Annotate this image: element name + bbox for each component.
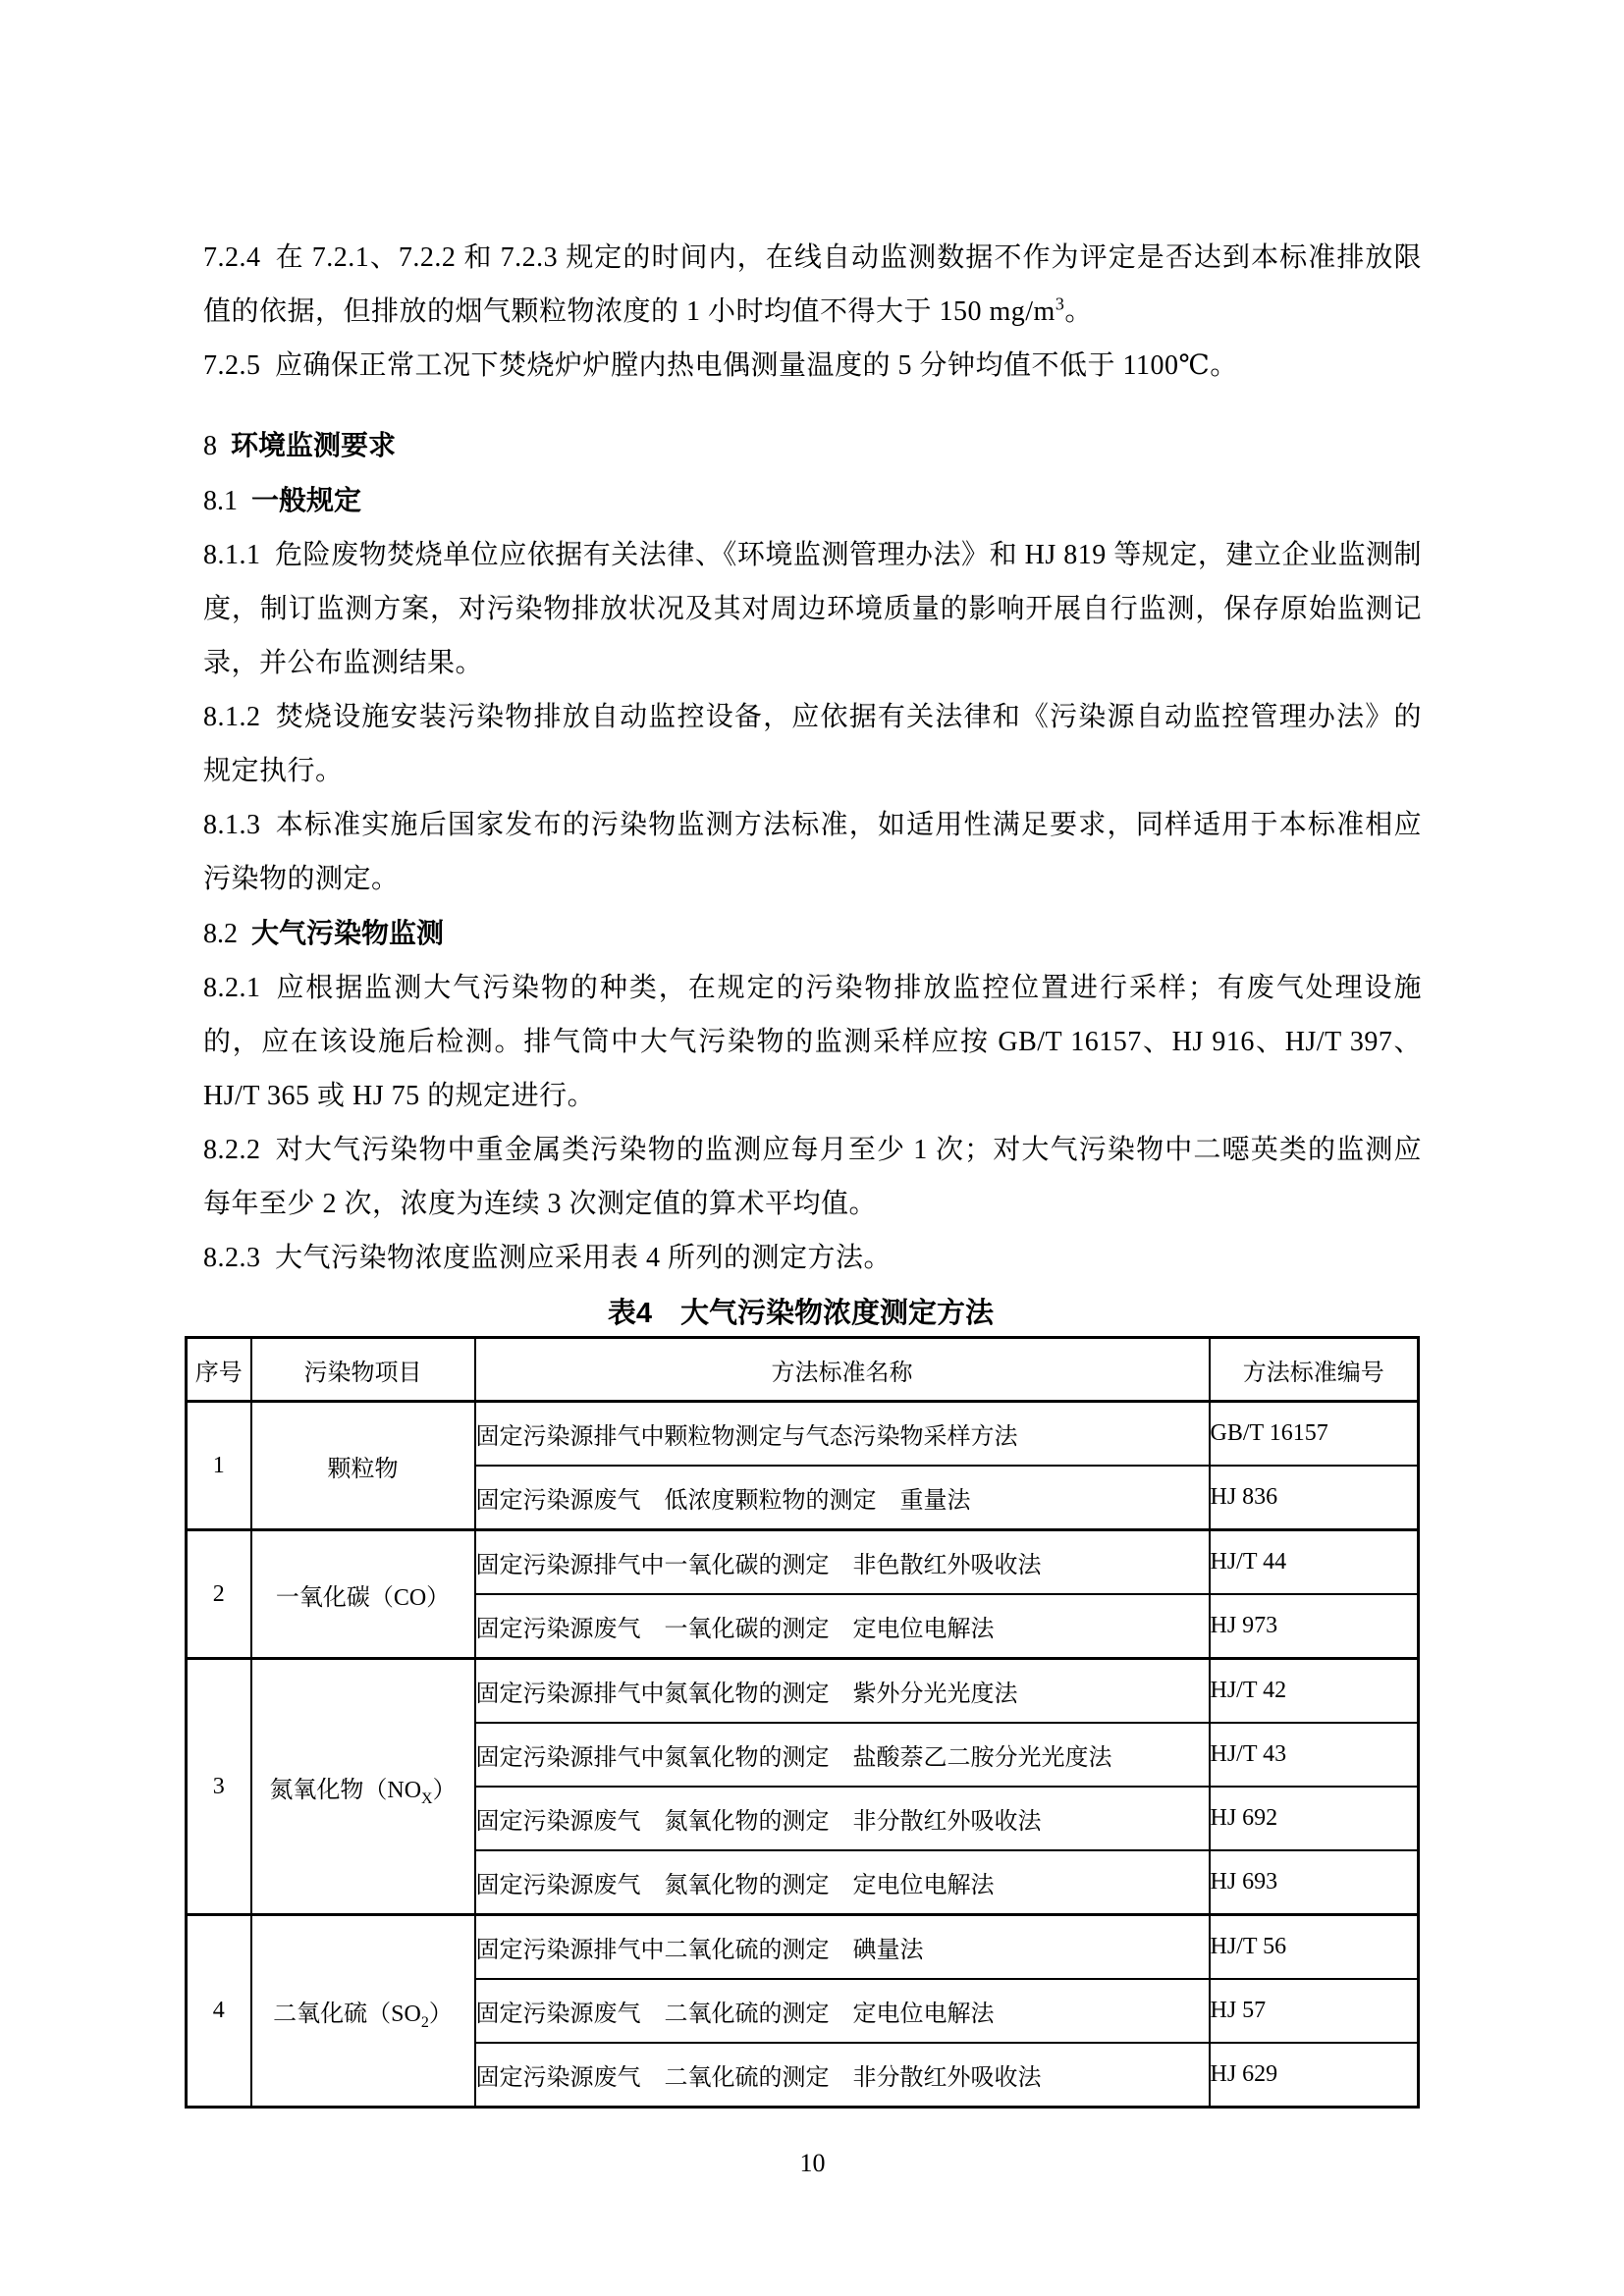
method-name: 固定污染源废气 二氧化硫的测定 定电位电解法 (475, 1979, 1210, 2043)
pollutant-text: 二氧化硫（SO (273, 2002, 421, 2027)
pollutant-name: 一氧化碳（CO） (251, 1530, 475, 1659)
method-name: 固定污染源排气中一氧化碳的测定 非色散红外吸收法 (475, 1530, 1210, 1595)
table-row: 1 颗粒物 固定污染源排气中颗粒物测定与气态污染物采样方法 GB/T 16157 (187, 1402, 1419, 1467)
method-name: 固定污染源废气 氮氧化物的测定 非分散红外吸收法 (475, 1787, 1210, 1850)
section-title: 环境监测要求 (217, 430, 396, 460)
header-method-name: 方法标准名称 (475, 1338, 1210, 1402)
paragraph-text: 。 (1064, 296, 1093, 327)
method-name: 固定污染源排气中氮氧化物的测定 紫外分光光度法 (475, 1659, 1210, 1724)
section-heading-8-2: 8.2大气污染物监测 (203, 906, 1422, 961)
method-name: 固定污染源废气 低浓度颗粒物的测定 重量法 (475, 1466, 1210, 1530)
method-code: HJ 693 (1210, 1850, 1419, 1915)
superscript-exponent: 3 (1056, 294, 1065, 314)
method-code: HJ 836 (1210, 1466, 1419, 1530)
method-name: 固定污染源排气中二氧化硫的测定 碘量法 (475, 1915, 1210, 1980)
method-code: HJ/T 43 (1210, 1723, 1419, 1787)
method-code: HJ/T 44 (1210, 1530, 1419, 1595)
method-name: 固定污染源排气中颗粒物测定与气态污染物采样方法 (475, 1402, 1210, 1467)
section-number: 8 (203, 431, 217, 461)
pollutant-name: 二氧化硫（SO2） (251, 1915, 475, 2108)
document-page: 7.2.4 在 7.2.1、7.2.2 和 7.2.3 规定的时间内，在线自动监… (0, 0, 1624, 2296)
pollutant-text: 颗粒物 (328, 1457, 399, 1482)
pollutant-name: 氮氧化物（NOX） (251, 1659, 475, 1915)
method-code: HJ 629 (1210, 2043, 1419, 2108)
method-name: 固定污染源废气 二氧化硫的测定 非分散红外吸收法 (475, 2043, 1210, 2108)
page-number: 10 (203, 2146, 1422, 2181)
row-no: 4 (187, 1915, 251, 2108)
method-code: HJ 973 (1210, 1594, 1419, 1659)
section-number: 8.2 (203, 919, 238, 949)
method-code: HJ/T 42 (1210, 1659, 1419, 1724)
row-no: 1 (187, 1402, 251, 1530)
section-heading-8: 8环境监测要求 (203, 418, 1422, 473)
paragraph-8-2-2: 8.2.2 对大气污染物中重金属类污染物的监测应每月至少 1 次；对大气污染物中… (203, 1123, 1422, 1231)
pollutant-subscript: X (421, 1789, 433, 1806)
row-no: 2 (187, 1530, 251, 1659)
table-header-row: 序号 污染物项目 方法标准名称 方法标准编号 (187, 1338, 1419, 1402)
row-no: 3 (187, 1659, 251, 1915)
method-name: 固定污染源排气中氮氧化物的测定 盐酸萘乙二胺分光光度法 (475, 1723, 1210, 1787)
method-name: 固定污染源废气 氮氧化物的测定 定电位电解法 (475, 1850, 1210, 1915)
paragraph-7-2-5: 7.2.5 应确保正常工况下焚烧炉炉膛内热电偶测量温度的 5 分钟均值不低于 1… (203, 339, 1422, 393)
table-row: 2 一氧化碳（CO） 固定污染源排气中一氧化碳的测定 非色散红外吸收法 HJ/T… (187, 1530, 1419, 1595)
pollutant-text: 氮氧化物（NO (269, 1778, 421, 1803)
paragraph-8-1-2: 8.1.2 焚烧设施安装污染物排放自动监控设备，应依据有关法律和《污染源自动监控… (203, 690, 1422, 798)
header-pollutant: 污染物项目 (251, 1338, 475, 1402)
method-code: HJ 57 (1210, 1979, 1419, 2043)
method-code: GB/T 16157 (1210, 1402, 1419, 1467)
pollutant-name: 颗粒物 (251, 1402, 475, 1530)
table4-title: 表4 大气污染物浓度测定方法 (185, 1291, 1417, 1336)
paragraph-text: 7.2.4 在 7.2.1、7.2.2 和 7.2.3 规定的时间内，在线自动监… (203, 242, 1422, 327)
pollutant-subscript: 2 (421, 2014, 429, 2031)
table4-air-pollutant-methods: 序号 污染物项目 方法标准名称 方法标准编号 1 颗粒物 固定污染源排气中颗粒物… (185, 1336, 1420, 2109)
section-title: 一般规定 (238, 485, 361, 515)
paragraph-7-2-4: 7.2.4 在 7.2.1、7.2.2 和 7.2.3 规定的时间内，在线自动监… (203, 231, 1422, 339)
pollutant-text: ） (429, 2002, 453, 2027)
table-row: 4 二氧化硫（SO2） 固定污染源排气中二氧化硫的测定 碘量法 HJ/T 56 (187, 1915, 1419, 1980)
page-content: 7.2.4 在 7.2.1、7.2.2 和 7.2.3 规定的时间内，在线自动监… (203, 231, 1422, 2109)
method-code: HJ/T 56 (1210, 1915, 1419, 1980)
pollutant-text: 一氧化碳（CO） (276, 1585, 450, 1611)
section-heading-8-1: 8.1一般规定 (203, 473, 1422, 528)
method-code: HJ 692 (1210, 1787, 1419, 1850)
header-no: 序号 (187, 1338, 251, 1402)
header-method-code: 方法标准编号 (1210, 1338, 1419, 1402)
method-name: 固定污染源废气 一氧化碳的测定 定电位电解法 (475, 1594, 1210, 1659)
section-number: 8.1 (203, 486, 238, 516)
table-row: 3 氮氧化物（NOX） 固定污染源排气中氮氧化物的测定 紫外分光光度法 HJ/T… (187, 1659, 1419, 1724)
paragraph-8-1-3: 8.1.3 本标准实施后国家发布的污染物监测方法标准，如适用性满足要求，同样适用… (203, 798, 1422, 906)
paragraph-8-1-1: 8.1.1 危险废物焚烧单位应依据有关法律、《环境监测管理办法》和 HJ 819… (203, 528, 1422, 690)
section-title: 大气污染物监测 (238, 918, 444, 948)
pollutant-text: ） (433, 1778, 457, 1803)
paragraph-8-2-3: 8.2.3 大气污染物浓度监测应采用表 4 所列的测定方法。 (203, 1231, 1422, 1285)
paragraph-8-2-1: 8.2.1 应根据监测大气污染物的种类，在规定的污染物排放监控位置进行采样；有废… (203, 961, 1422, 1123)
